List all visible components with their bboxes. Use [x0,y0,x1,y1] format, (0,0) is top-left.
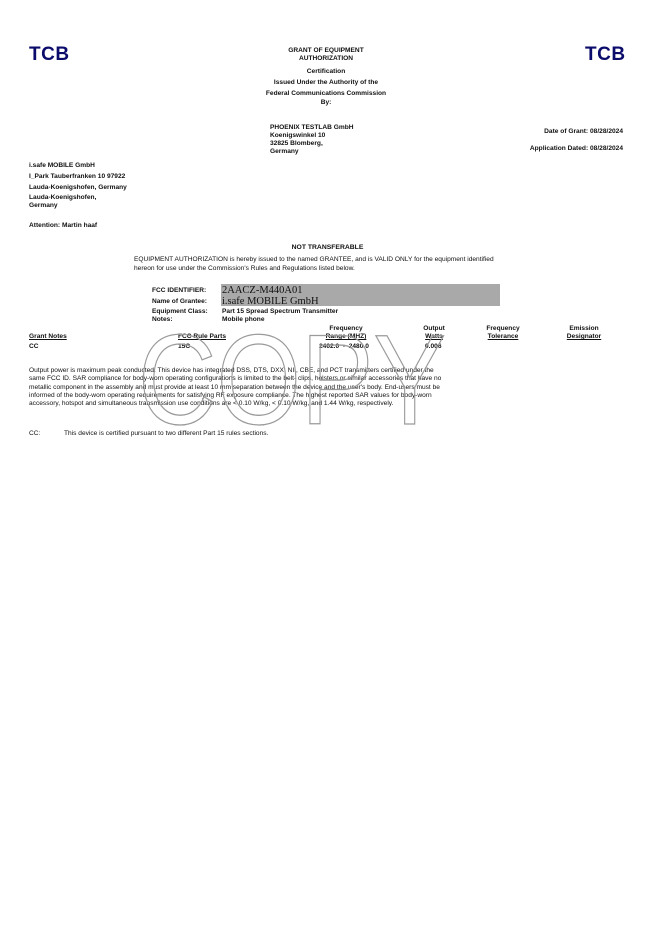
grantee-city-line: Lauda-Koenigshofen, Germany [29,182,127,193]
grantee-name: i.safe MOBILE GmbH [29,160,127,171]
cell-frequency-range: 2402.0 - 2480.0 [319,343,369,350]
header-grant-notes: Grant Notes [29,333,67,341]
grantee-name-label: Name of Grantee: [152,298,222,305]
issued-line-1: Issued Under the Authority of the [240,77,412,88]
header-rule-parts: FCC Rule Parts [178,333,226,341]
cell-rule-parts: 15C [178,343,190,350]
fcc-identifier-value: 2AACZ-M440A01 [222,285,303,296]
header-output-watts: Output Watts [414,325,454,341]
application-dated-value: 08/28/2024 [590,145,623,152]
grant-table: Grant Notes FCC Rule Parts Frequency Ran… [0,325,655,355]
tcb-street: Koenigswinkel 10 [270,132,354,140]
not-transferable-heading: NOT TRANSFERABLE [0,244,655,251]
equipment-class-value: Part 15 Spread Spectrum Transmitter [222,308,338,315]
grant-conditions-text: Output power is maximum peak conducted. … [29,367,449,408]
tcb-name: PHOENIX TESTLAB GmbH [270,124,354,132]
application-dated: Application Dated: 08/28/2024 [530,145,623,153]
cc-note-text: This device is certified pursuant to two… [64,430,268,437]
authorization-statement: EQUIPMENT AUTHORIZATION is hereby issued… [134,256,504,273]
tcb-logo-left: TCB [29,44,70,66]
cell-output-watts: 0.006 [425,343,442,350]
by-label: By: [240,99,412,107]
grantee-city-2: Lauda-Koenigshofen, [29,194,127,202]
cell-grant-notes: CC [29,343,39,350]
attention-line: Attention: Martin haaf [29,222,97,229]
header-frequency-range: Frequency Range (MHZ) [316,325,376,341]
application-dated-label: Application Dated: [530,145,588,152]
cc-note: CC: This device is certified pursuant to… [29,430,268,437]
tcb-country: Germany [270,148,354,156]
grantee-street: I_Park Tauberfranken 10 97922 [29,171,127,182]
title-line-2: AUTHORIZATION [240,55,412,63]
grant-dates: Date of Grant: 08/28/2024 Application Da… [530,128,623,153]
tcb-logo-right: TCB [585,44,626,66]
grantee-country: Germany [29,202,127,210]
grantee-name-value: i.safe MOBILE GmbH [222,296,319,307]
issued-line-2: Federal Communications Commission [240,88,412,99]
fcc-details: FCC IDENTIFIER: 2AACZ-M440A01 Name of Gr… [152,285,338,323]
cc-note-key: CC: [29,430,64,437]
header-emission-designator: Emission Designator [558,325,610,341]
subtitle: Certification [240,66,412,77]
document-header: GRANT OF EQUIPMENT AUTHORIZATION Certifi… [240,47,412,107]
date-of-grant-value: 08/28/2024 [590,128,623,135]
notes-value: Mobile phone [222,316,265,323]
tcb-address: PHOENIX TESTLAB GmbH Koenigswinkel 10 32… [270,124,354,156]
title-line-1: GRANT OF EQUIPMENT [240,47,412,55]
header-frequency-tolerance: Frequency Tolerance [478,325,528,341]
notes-label: Notes: [152,316,222,323]
date-of-grant: Date of Grant: 08/28/2024 [530,128,623,136]
fcc-identifier-label: FCC IDENTIFIER: [152,287,222,294]
equipment-class-label: Equipment Class: [152,308,222,315]
date-of-grant-label: Date of Grant: [544,128,588,135]
grantee-address: i.safe MOBILE GmbH I_Park Tauberfranken … [29,160,127,210]
tcb-city: 32825 Blomberg, [270,140,354,148]
